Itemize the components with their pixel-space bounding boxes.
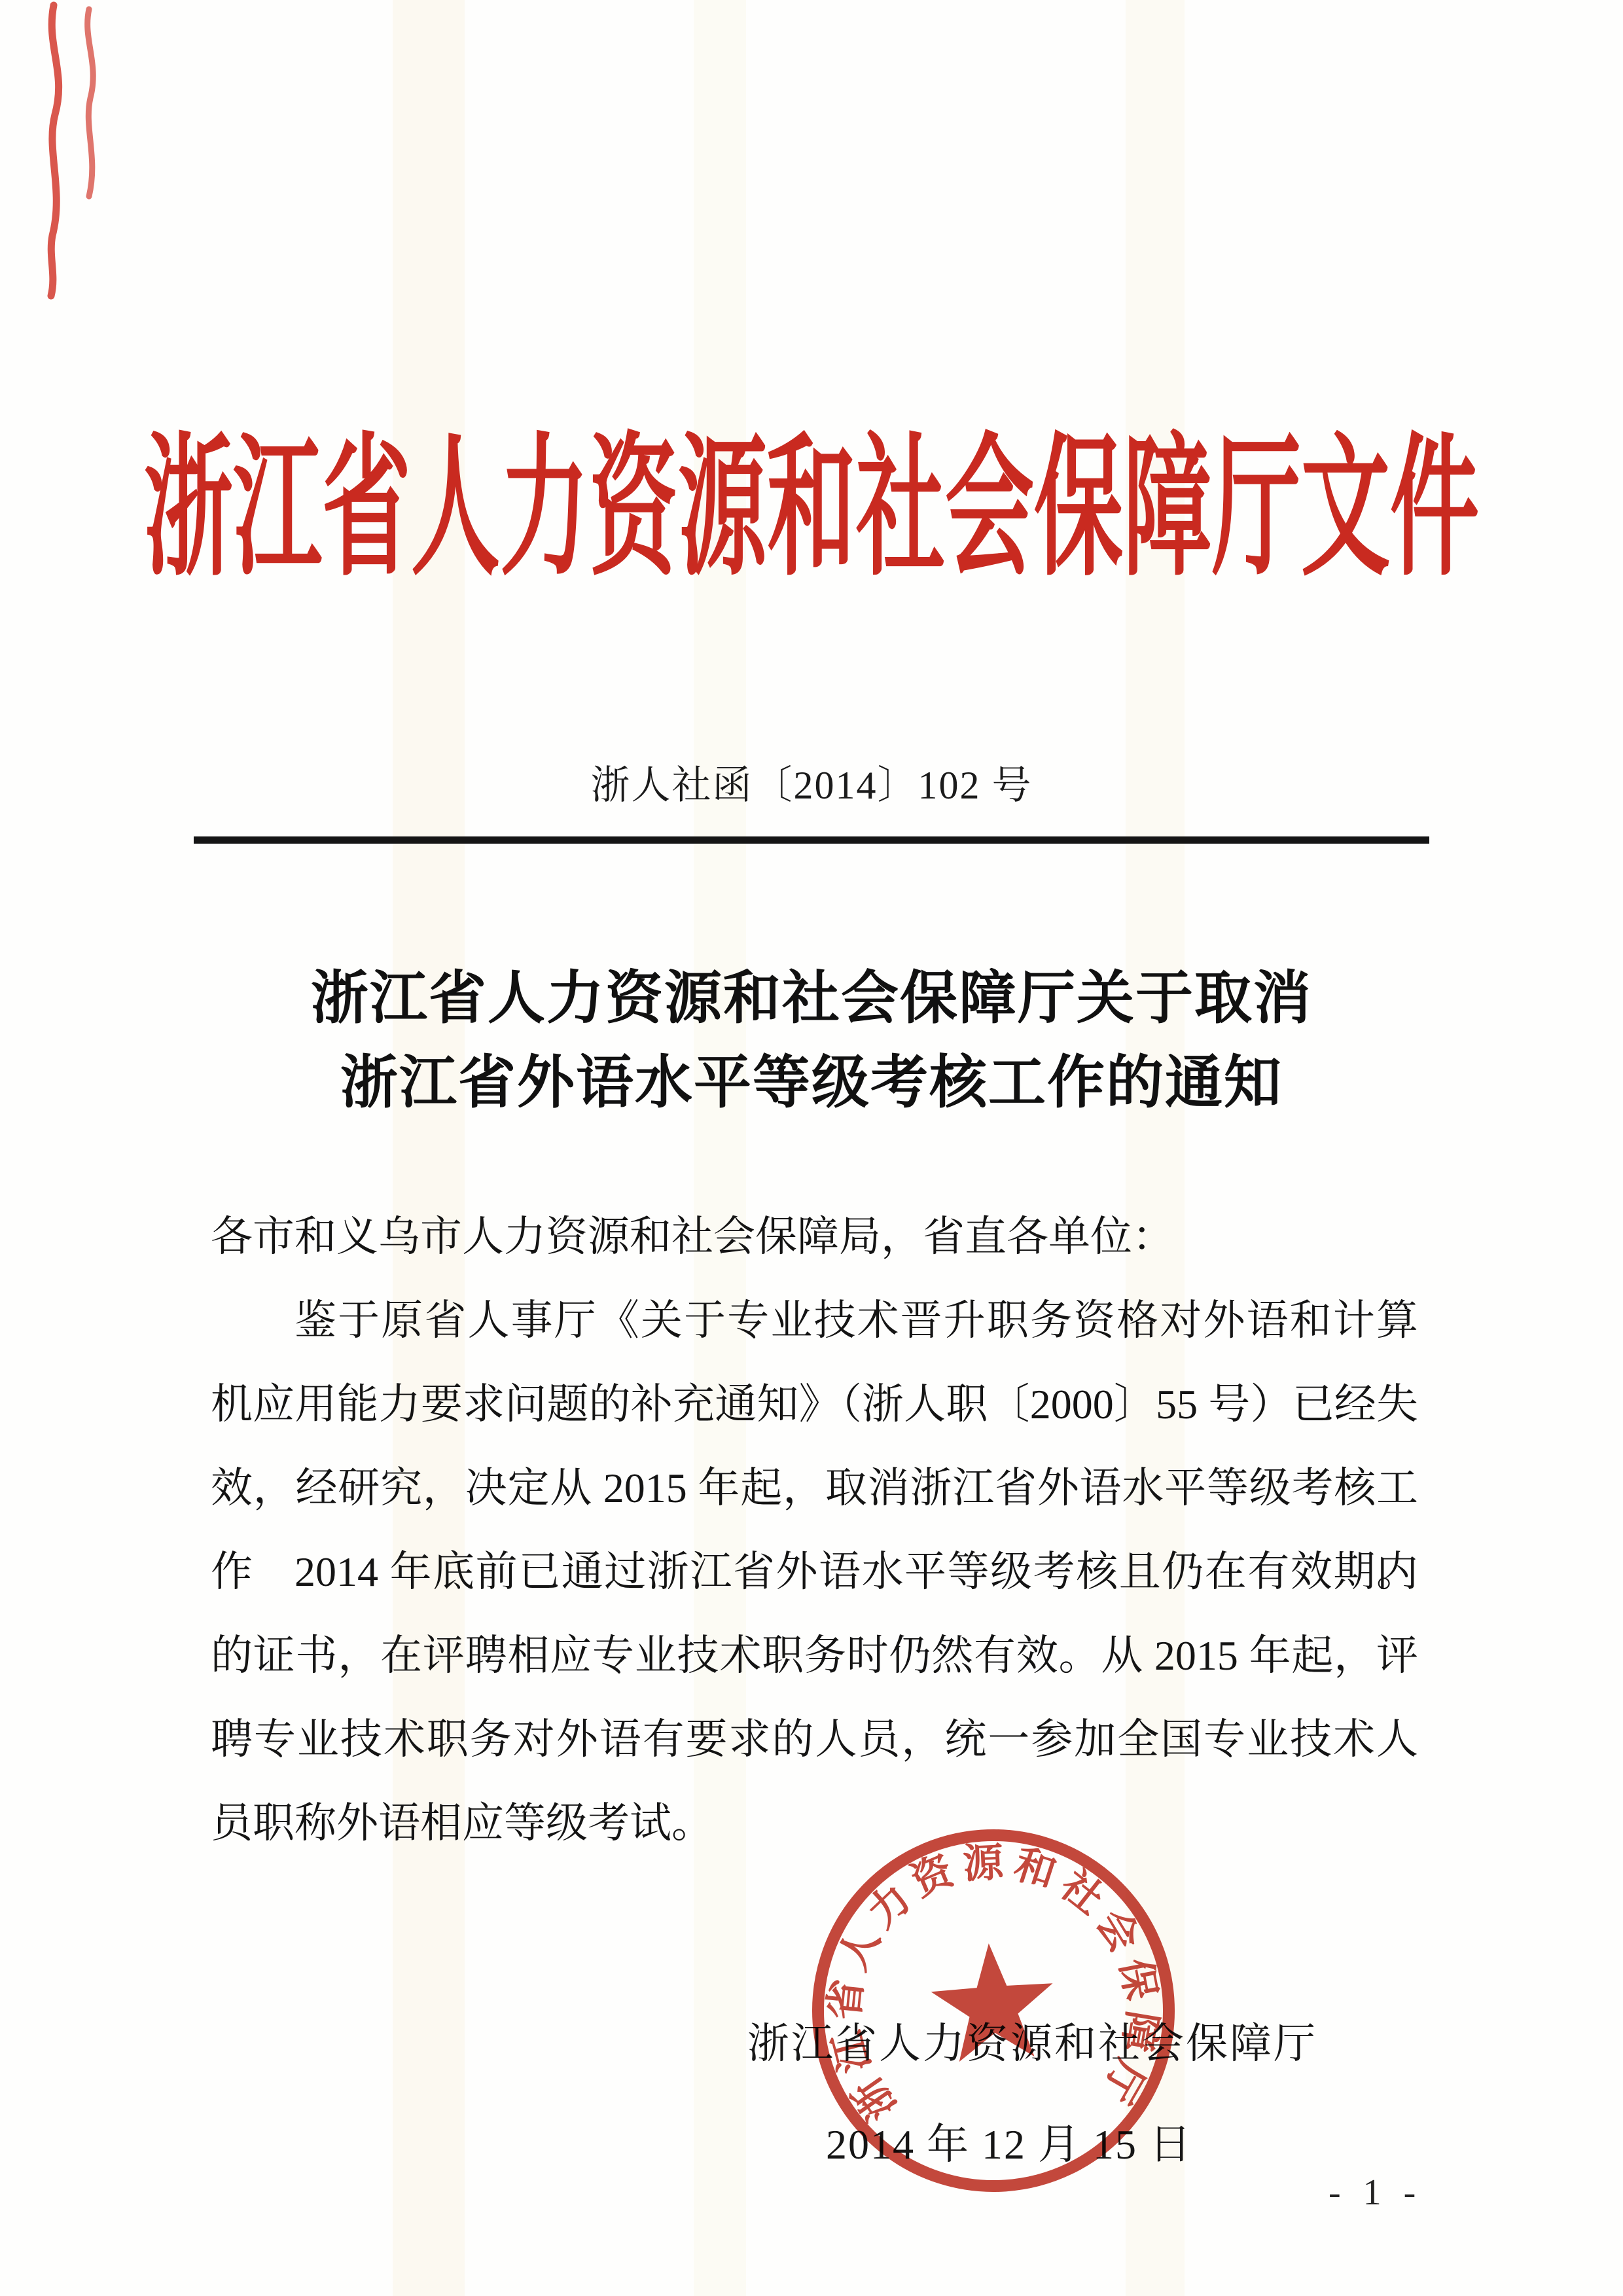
body-line: 的证书，在评聘相应专业技术职务时仍然有效。从 2015 年起，评 bbox=[211, 1614, 1418, 1698]
body-line: 聘专业技术职务对外语有要求的人员，统一参加全国专业技术人 bbox=[211, 1698, 1418, 1782]
red-pen-scribble bbox=[26, 0, 170, 301]
scan-streak bbox=[694, 0, 746, 2296]
official-red-seal: 浙江省人力资源和社会保障厅 bbox=[784, 1801, 1203, 2220]
star-icon bbox=[928, 1939, 1058, 2064]
body-line-salutation: 各市和义乌市人力资源和社会保障局，省直各单位： bbox=[211, 1195, 1418, 1279]
body-line: 效，经研究，决定从 2015 年起，取消浙江省外语水平等级考核工作。 bbox=[211, 1446, 1418, 1530]
notice-title-line1: 浙江省人力资源和社会保障厅关于取消 bbox=[0, 957, 1623, 1041]
document-number: 浙人社函〔2014〕102 号 bbox=[0, 764, 1623, 806]
body-line: 2014 年底前已通过浙江省外语水平等级考核且仍在有效期内 bbox=[211, 1530, 1418, 1614]
body-text: 各市和义乌市人力资源和社会保障局，省直各单位： 鉴于原省人事厅《关于专业技术晋升… bbox=[211, 1195, 1418, 1865]
body-line: 鉴于原省人事厅《关于专业技术晋升职务资格对外语和计算 bbox=[211, 1279, 1418, 1363]
red-header-title: 浙江省人力资源和社会保障厅文件 bbox=[0, 433, 1623, 586]
notice-title-line2: 浙江省外语水平等级考核工作的通知 bbox=[0, 1041, 1623, 1126]
scan-streak bbox=[393, 0, 465, 2296]
body-line: 机应用能力要求问题的补充通知》（浙人职〔2000〕55 号）已经失 bbox=[211, 1363, 1418, 1446]
header-divider-rule bbox=[194, 836, 1429, 844]
page-number: - 1 - bbox=[1329, 2172, 1422, 2214]
document-page: 浙江省人力资源和社会保障厅文件 浙人社函〔2014〕102 号 浙江省人力资源和… bbox=[0, 0, 1623, 2296]
notice-title: 浙江省人力资源和社会保障厅关于取消 浙江省外语水平等级考核工作的通知 bbox=[0, 957, 1623, 1126]
